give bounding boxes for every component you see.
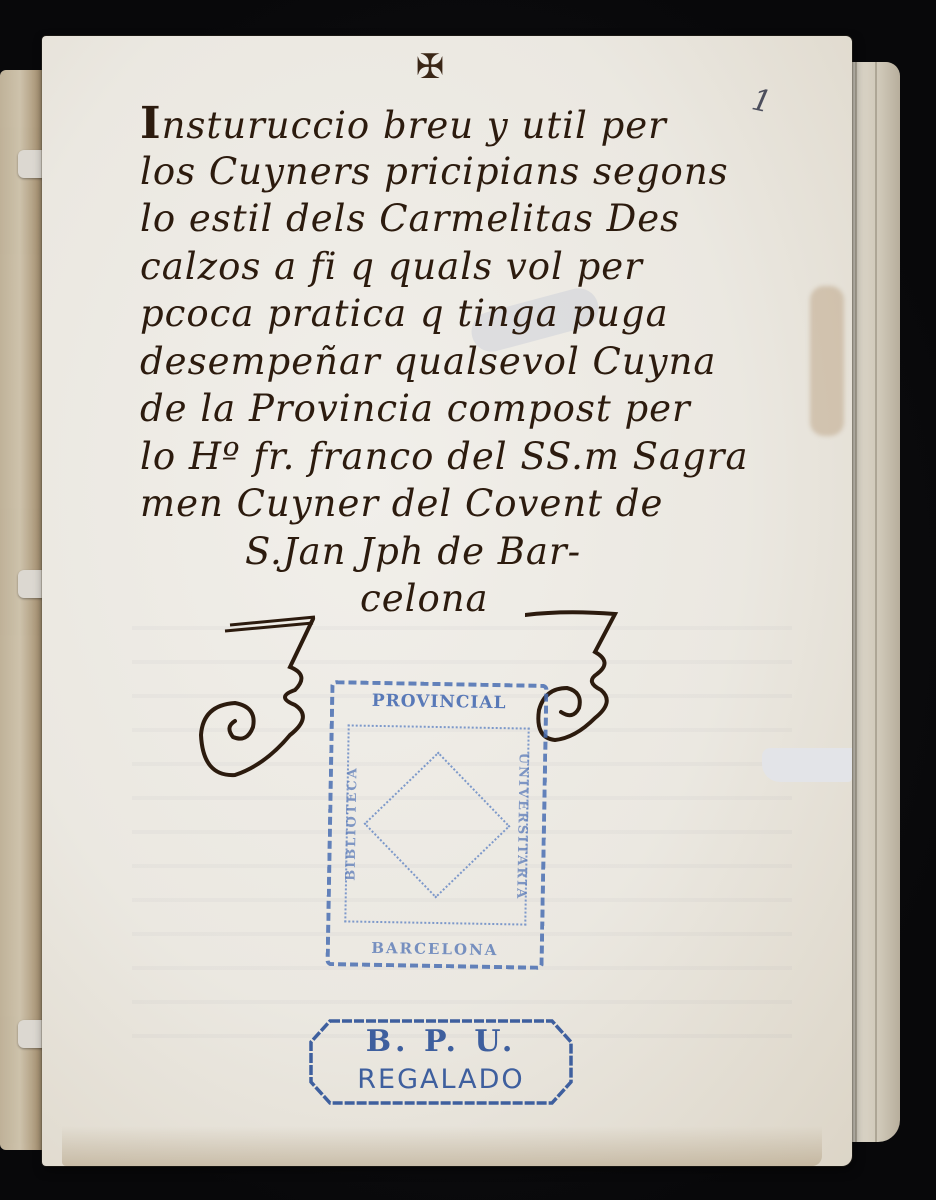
title-line: desempeñar qualsevol Cuyna	[140, 338, 840, 386]
edge-stain	[62, 1126, 822, 1166]
regalado-stamp: B. P. U. REGALADO	[308, 1018, 574, 1106]
stamp-label: BARCELONA	[330, 938, 540, 960]
stamp-label: UNIVERSITARIA	[513, 736, 531, 916]
title-text-block: Insturuccio breu y util per los Cuyners …	[140, 100, 840, 623]
title-line: Insturuccio breu y util per	[140, 100, 840, 148]
stamp-line-1: B. P. U.	[308, 1024, 574, 1059]
left-flourish-icon	[195, 605, 335, 795]
title-line: men Cuyner del Covent de	[140, 480, 840, 528]
title-line: de la Provincia compost per	[140, 385, 840, 433]
title-line: lo Hº fr. franco del SS.m Sagra	[140, 433, 840, 481]
cross-icon: ✠	[400, 50, 460, 84]
initial-letter: I	[140, 98, 162, 149]
title-line: calzos a fi q quals vol per	[140, 243, 840, 291]
title-line: S.Jan Jph de Bar-	[140, 528, 840, 576]
stamp-label: PROVINCIAL	[334, 690, 544, 714]
stamp-line-2: REGALADO	[308, 1064, 574, 1095]
stamp-label: BIBLIOTECA	[343, 733, 361, 913]
title-line: pcoca pratica q tinga puga	[140, 290, 840, 338]
library-stamp-provincial: PROVINCIAL BIBLIOTECA UNIVERSITARIA BARC…	[326, 680, 549, 970]
title-line: lo estil dels Carmelitas Des	[140, 195, 840, 243]
title-line: los Cuyners pricipians segons	[140, 148, 840, 196]
stamp-emblem-icon	[363, 751, 510, 898]
paper-repair	[762, 748, 852, 782]
